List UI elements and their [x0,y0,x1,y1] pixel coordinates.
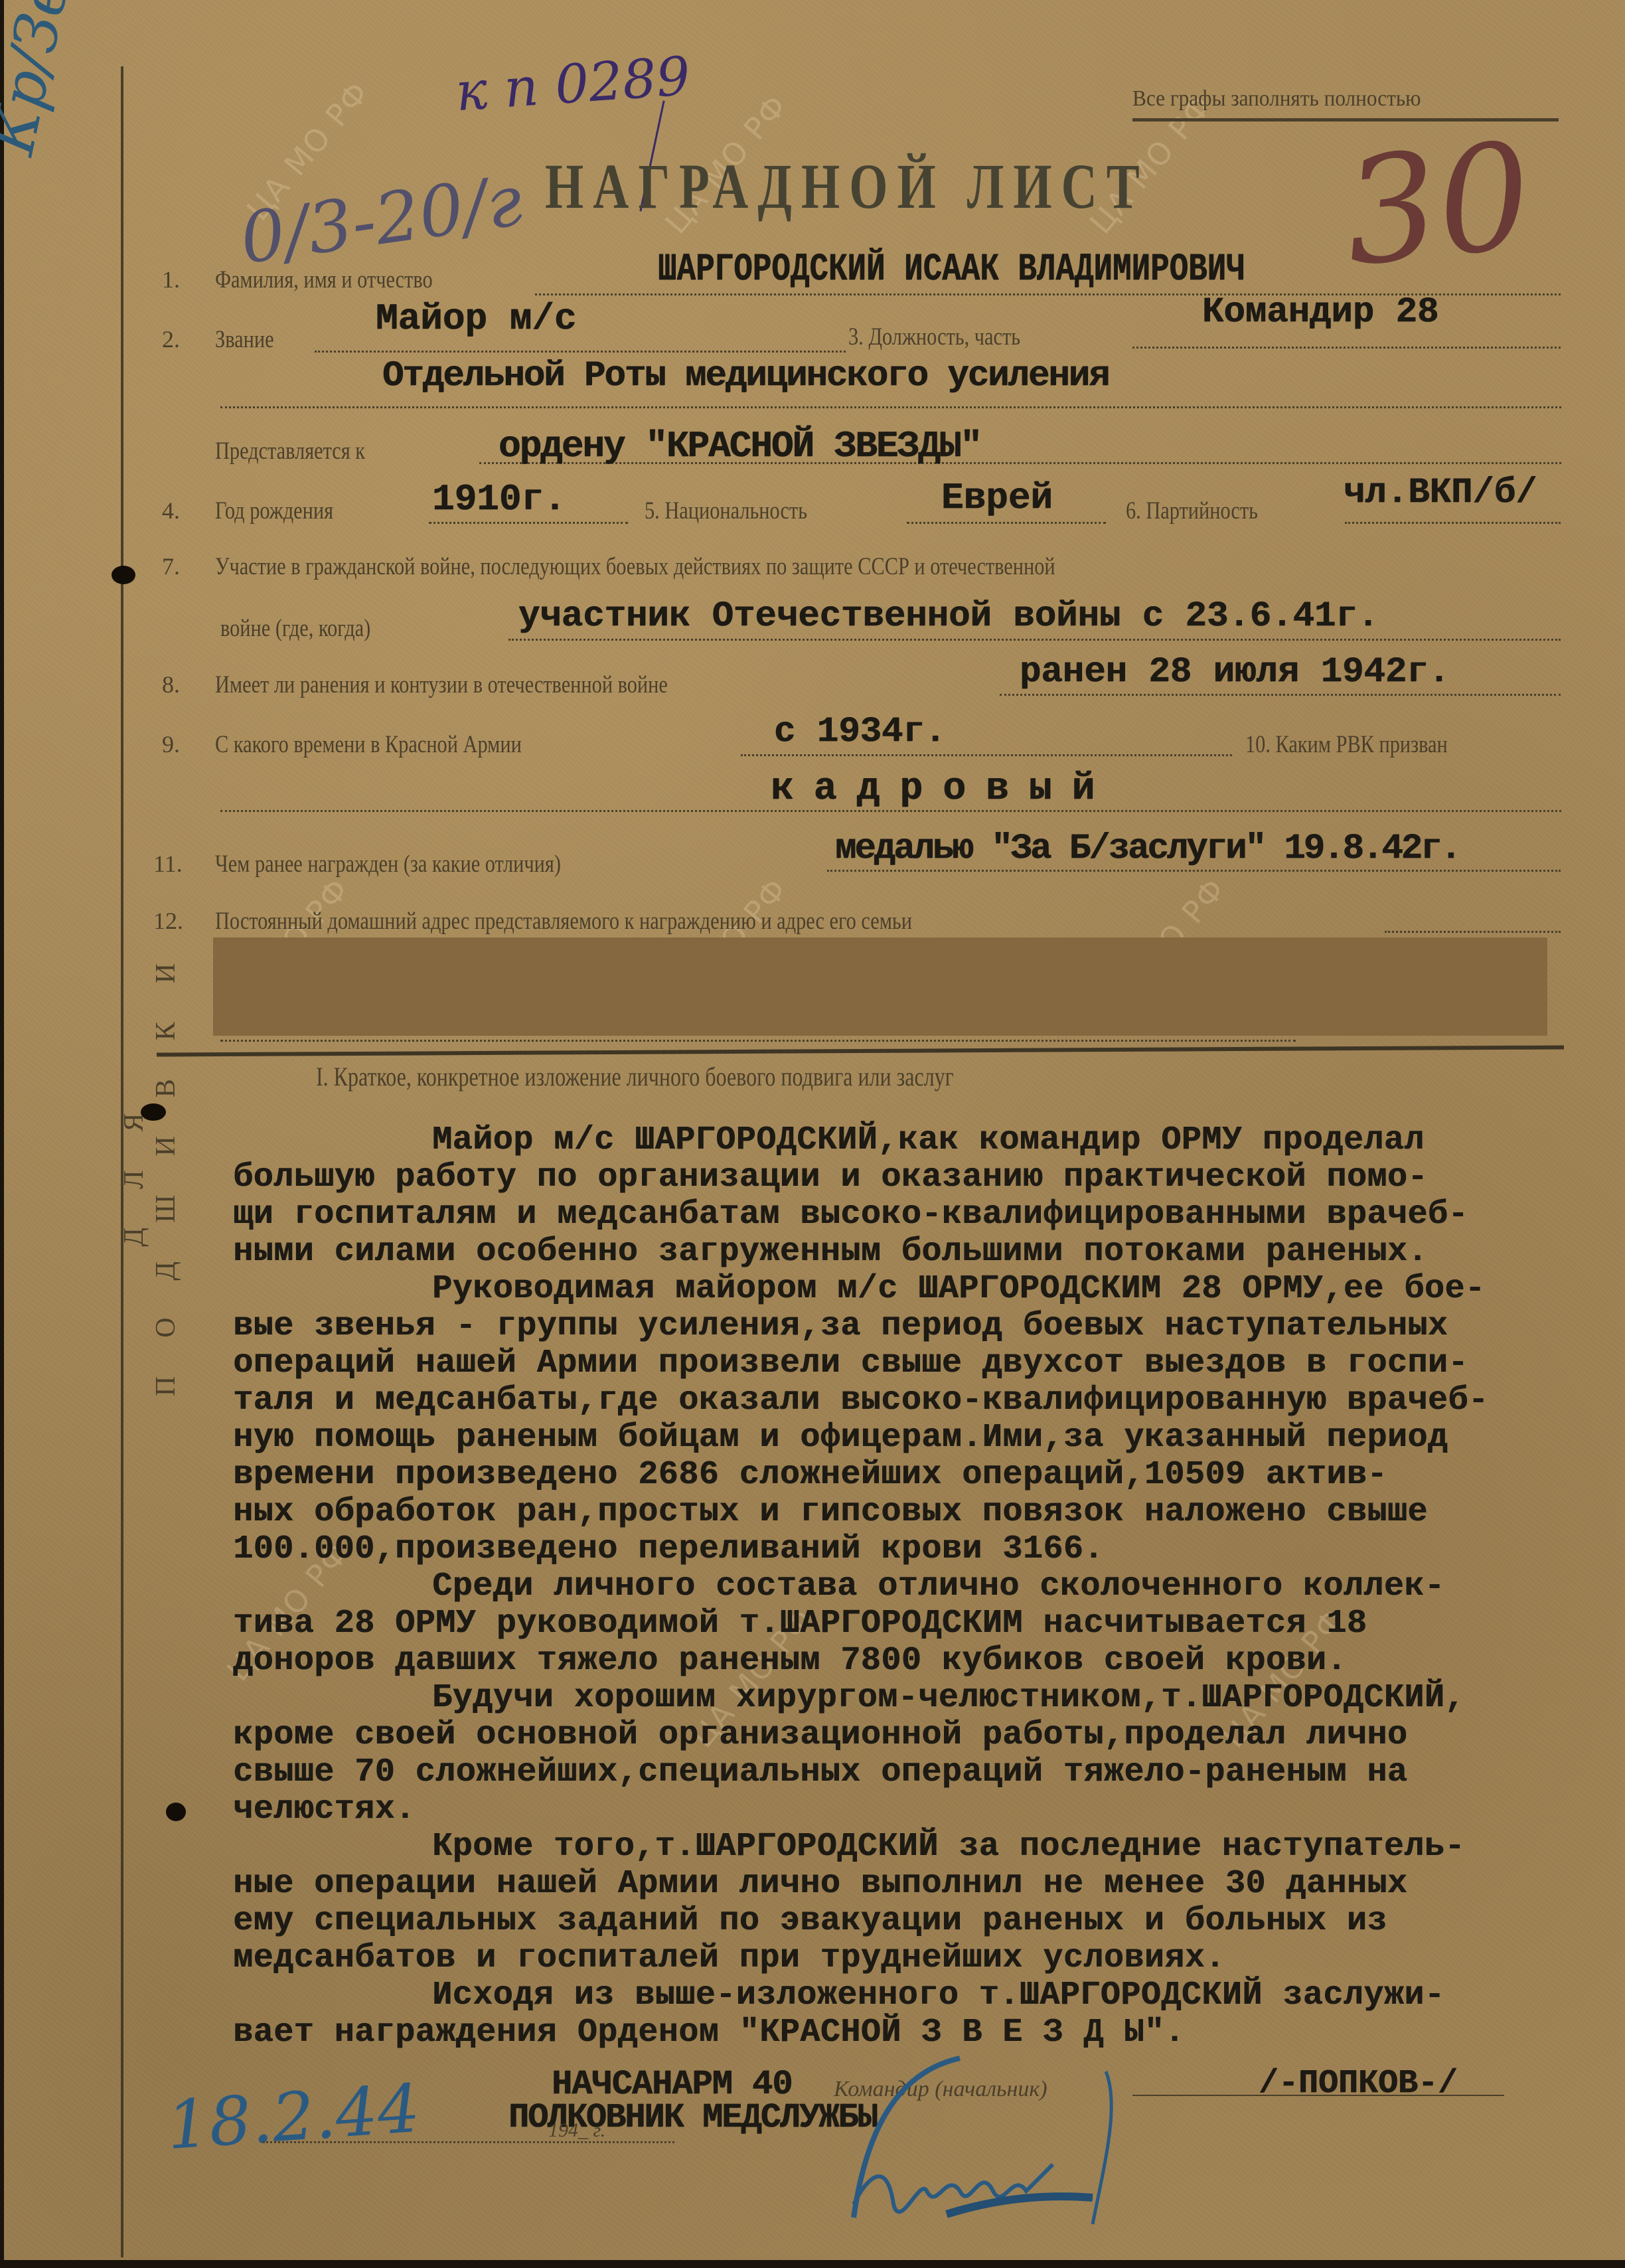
field-label-address: Постоянный домашний адрес представляемог… [215,907,912,935]
narrative-line: Исходя из выше-изложенного т.ШАРГОРОДСКИ… [233,1977,1614,2014]
field-number: 7. [162,552,180,580]
narrative-line: Будучи хорошим хирургом-челюстником,т.ША… [233,1680,1614,1717]
field-line [827,870,1561,872]
field-number: 1. [162,266,180,293]
narrative-line: ему специальных заданий по эвакуации ран… [233,1903,1614,1940]
narrative-line: большую работу по организации и оказанию… [233,1159,1614,1196]
field-label-wounds: Имеет ли ранения и контузии в отечествен… [215,671,668,699]
field-line [907,522,1106,524]
field-number: 9. [162,730,180,758]
narrative-line: ными силами особенно загруженным большим… [233,1234,1614,1271]
punch-hole [166,1803,186,1821]
handwritten-signature [827,2045,1146,2244]
field-line [315,351,846,353]
field-label-nationality: 5. Национальность [645,497,807,525]
date-template: 194_ г. [548,2119,605,2142]
narrative-line: свыше 70 сложнейших,специальных операций… [233,1754,1614,1791]
field-value-rank[interactable]: Майор м/с [376,297,576,340]
instruction-text: Все графы заполнять полностью [1132,86,1421,112]
field-line [220,1040,1296,1042]
field-line [1132,347,1561,349]
narrative-line: доноров давших тяжело раненым 7800 кубик… [233,1643,1614,1680]
field-value-nationality[interactable]: Еврей [941,477,1053,519]
handwritten-date: 18.2.44 [164,2069,422,2164]
narrative-line: операций нашей Армии произвели свыше дву… [233,1345,1614,1382]
handwritten-margin-note: Кр/Звезда [0,0,112,161]
narrative-line: челюстях. [233,1791,1614,1828]
field-value-wounds[interactable]: ранен 28 июля 1942г. [1020,652,1450,692]
field-label-rank: Звание [215,325,274,354]
field-number: 2. [162,325,180,353]
field-line [1385,931,1561,933]
punch-hole [141,1103,166,1121]
narrative-line: медсанбатов и госпиталей при труднейших … [233,1940,1614,1977]
page-title: НАГРАДНОЙ ЛИСТ [545,149,1149,223]
field-label-war-participation-cont: войне (где, когда) [220,614,370,643]
field-number: 8. [162,671,180,698]
field-number: 11. [153,850,183,878]
narrative-line: ные операции нашей Армии лично выполнил … [233,1866,1614,1903]
field-line [220,406,1561,408]
field-line [429,522,628,524]
field-value-previous-awards[interactable]: медалью "За Б/заслуги" 19.8.42г. [835,829,1460,869]
field-label-army-since: С какого времени в Красной Армии [215,730,522,759]
narrative-line: ных обработок ран,простых и гипсовых пов… [233,1494,1614,1531]
narrative-line: ную помощь раненым бойцам и офицерам.Ими… [233,1419,1614,1457]
field-number: 12. [153,907,183,935]
narrative-line: Среди личного состава отлично сколоченно… [233,1568,1614,1605]
narrative-line: тива 28 ОРМУ руководимой т.ШАРГОРОДСКИМ … [233,1605,1614,1643]
field-value-party[interactable]: чл.ВКП/б/ [1344,473,1537,513]
narrative-line: Руководимая майором м/с ШАРГОРОДСКИМ 28 … [233,1271,1614,1308]
field-value-army-since[interactable]: с 1934г. [774,712,946,752]
award-sheet-page: ЦА МО РФ ЦА МО РФ ЦА МО РФ ЦА МО РФ ЦА М… [4,0,1625,2260]
handwritten-top-note: к n 0289 [453,45,692,123]
field-label-rvk: 10. Каким РВК призван [1245,730,1448,759]
signatory-name: /-ПОПКОВ-/ [1259,2065,1458,2103]
field-number: 4. [162,497,180,525]
narrative-line: Майор м/с ШАРГОРОДСКИЙ,как командир ОРМУ… [233,1122,1614,1159]
section-heading: I. Краткое, конкретное изложение личного… [316,1061,954,1092]
instruction-underline [1132,118,1559,121]
field-value-position[interactable]: Командир 28 [1202,292,1438,333]
narrative-line: 100.000,произведено переливаний крови 31… [233,1531,1614,1568]
narrative-line: Кроме того,т.ШАРГОРОДСКИЙ за последние н… [233,1828,1614,1866]
date-line [263,2141,674,2143]
field-label-previous-awards: Чем ранее награжден (за какие отличия) [215,850,561,878]
field-value-birth-year[interactable]: 1910г. [432,478,566,521]
field-line [1000,694,1561,696]
field-value-presented-for[interactable]: ордену "КРАСНОЙ ЗВЕЗДЫ" [499,425,981,467]
field-line [220,810,1561,812]
punch-hole [112,566,135,584]
field-label-position: 3. Должность, часть [848,323,1020,351]
handwritten-big-number: 30 [1336,110,1539,299]
narrative-text: Майор м/с ШАРГОРОДСКИЙ,как командир ОРМУ… [233,1122,1614,2052]
narrative-line: кроме своей основной организационной раб… [233,1717,1614,1754]
field-line [508,639,1561,641]
field-line [741,754,1232,756]
field-value-position-cont[interactable]: Отдельной Роты медицинского усиления [382,356,1109,396]
field-label-party: 6. Партийность [1126,497,1258,525]
narrative-line: щи госпиталям и медсанбатам высоко-квали… [233,1196,1614,1234]
field-label-name: Фамилия, имя и отчество [215,266,433,294]
field-label-birth-year: Год рождения [215,497,333,525]
section-divider [157,1045,1564,1056]
field-label-war-participation: Участие в гражданской войне, последующих… [215,552,1055,581]
field-line [1345,522,1561,524]
margin-vertical-text: ДЛЯ ПОДШИВКИ [118,895,182,1426]
field-value-rvk[interactable]: кадровый [771,768,1115,811]
field-value-name[interactable]: ШАРГОРОДСКИЙ ИСААК ВЛАДИМИРОВИЧ [658,248,1245,291]
narrative-line: времени произведено 2686 сложнейших опер… [233,1457,1614,1494]
field-value-war-participation[interactable]: участник Отечественной войны с 23.6.41г. [518,596,1379,637]
field-label-presented-for: Представляется к [215,437,365,465]
narrative-line: таля и медсанбаты,где оказали высоко-ква… [233,1382,1614,1419]
redacted-address-block [213,937,1547,1036]
narrative-line: вые звенья - группы усиления,за период б… [233,1308,1614,1345]
